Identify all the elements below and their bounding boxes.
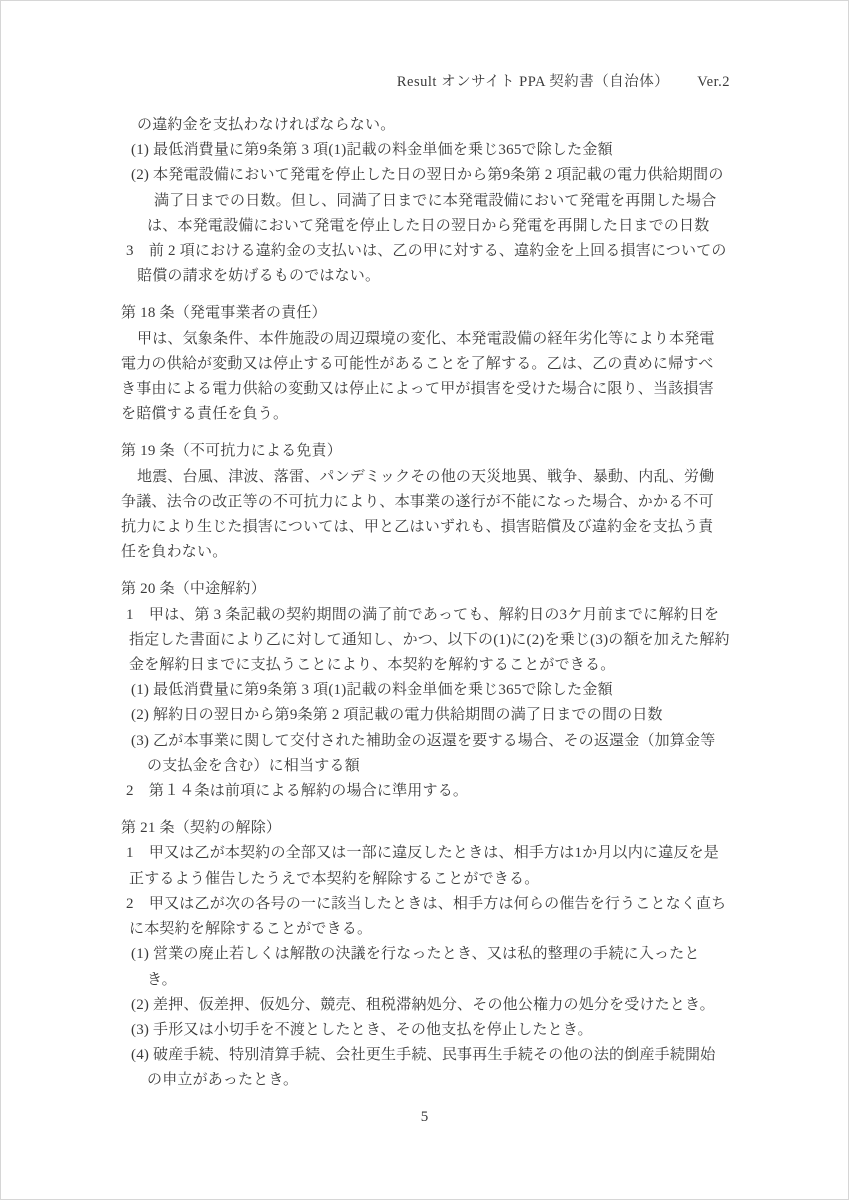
section-article-18: 第 18 条（発電事業者の責任）甲は、気象条件、本件施設の周辺環境の変化、本発電… [121,301,743,427]
text-line: (2) 解約日の翌日から第9条第 2 項記載の電力供給期間の満了日までの間の日数 [121,703,743,728]
text-line: 電力の供給が変動又は停止する可能性があることを了解する。乙は、乙の責めに帰すべ [121,352,743,377]
text-line: (3) 手形又は小切手を不渡としたとき、その他支払を停止したとき。 [121,1018,743,1043]
text-line: (2) 差押、仮差押、仮処分、競売、租税滞納処分、その他公権力の処分を受けたとき… [121,993,743,1018]
section-article-19: 第 19 条（不可抗力による免責）地震、台風、津波、落雷、パンデミックその他の天… [121,439,743,565]
section-article-17-remainder: の違約金を支払わなければならない。(1) 最低消費量に第9条第 3 項(1)記載… [121,113,743,289]
text-line: 抗力により生じた損害については、甲と乙はいずれも、損害賠償及び違約金を支払う責 [121,515,743,540]
text-line: 2 甲又は乙が次の各号の一に該当したときは、相手方は何らの催告を行うことなく直ち [121,892,743,917]
page-footer: 5 [1,1109,848,1126]
text-line: の違約金を支払わなければならない。 [121,113,743,138]
text-line: き事由による電力供給の変動又は停止によって甲が損害を受けた場合に限り、当該損害 [121,377,743,402]
text-line: 第 18 条（発電事業者の責任） [121,301,743,326]
text-line: 第 20 条（中途解約） [121,577,743,602]
text-line: 甲は、気象条件、本件施設の周辺環境の変化、本発電設備の経年劣化等により本発電 [121,327,743,352]
document-header: Result オンサイト PPA 契約書（自治体）Ver.2 [380,53,730,108]
text-line: (1) 営業の廃止若しくは解散の決議を行なったとき、又は私的整理の手続に入ったと [121,942,743,967]
page-number: 5 [421,1109,429,1125]
section-article-20: 第 20 条（中途解約）1 甲は、第 3 条記載の契約期間の満了前であっても、解… [121,577,743,804]
text-line: を賠償する責任を負う。 [121,402,743,427]
text-line: 正するよう催告したうえで本契約を解除することができる。 [121,867,743,892]
text-line: (1) 最低消費量に第9条第 3 項(1)記載の料金単価を乗じ365で除した金額 [121,678,743,703]
text-line: き。 [121,968,743,993]
document-version: Ver.2 [697,74,730,90]
text-line: 3 前 2 項における違約金の支払いは、乙の甲に対する、違約金を上回る損害につい… [121,239,743,264]
text-line: (1) 最低消費量に第9条第 3 項(1)記載の料金単価を乗じ365で除した金額 [121,138,743,163]
text-line: 満了日までの日数。但し、同満了日までに本発電設備において発電を再開した場合 [121,189,743,214]
contract-page: Result オンサイト PPA 契約書（自治体）Ver.2 の違約金を支払わな… [0,0,849,1200]
text-line: の申立があったとき。 [121,1068,743,1093]
section-article-21: 第 21 条（契約の解除）1 甲又は乙が本契約の全部又は一部に違反したときは、相… [121,816,743,1093]
text-line: は、本発電設備において発電を停止した日の翌日から発電を再開した日までの日数 [121,214,743,239]
document-body: の違約金を支払わなければならない。(1) 最低消費量に第9条第 3 項(1)記載… [121,113,743,1094]
text-line: 賠償の請求を妨げるものではない。 [121,264,743,289]
document-title: Result オンサイト PPA 契約書（自治体） [397,74,669,90]
text-line: 地震、台風、津波、落雷、パンデミックその他の天災地異、戦争、暴動、内乱、労働 [121,465,743,490]
text-line: 第 21 条（契約の解除） [121,816,743,841]
text-line: (4) 破産手続、特別清算手続、会社更生手続、民事再生手続その他の法的倒産手続開… [121,1043,743,1068]
text-line: 金を解約日までに支払うことにより、本契約を解約することができる。 [121,653,743,678]
text-line: の支払金を含む）に相当する額 [121,754,743,779]
text-line: (3) 乙が本事業に関して交付された補助金の返還を要する場合、その返還金（加算金… [121,729,743,754]
text-line: (2) 本発電設備において発電を停止した日の翌日から第9条第 2 項記載の電力供… [121,163,743,188]
text-line: 任を負わない。 [121,540,743,565]
text-line: 2 第１４条は前項による解約の場合に準用する。 [121,779,743,804]
text-line: に本契約を解除することができる。 [121,917,743,942]
text-line: 争議、法令の改正等の不可抗力により、本事業の遂行が不能になった場合、かかる不可 [121,490,743,515]
text-line: 指定した書面により乙に対して通知し、かつ、以下の(1)に(2)を乗じ(3)の額を… [121,628,743,653]
text-line: 第 19 条（不可抗力による免責） [121,439,743,464]
text-line: 1 甲又は乙が本契約の全部又は一部に違反したときは、相手方は1か月以内に違反を是 [121,841,743,866]
text-line: 1 甲は、第 3 条記載の契約期間の満了前であっても、解約日の3ケ月前までに解約… [121,603,743,628]
